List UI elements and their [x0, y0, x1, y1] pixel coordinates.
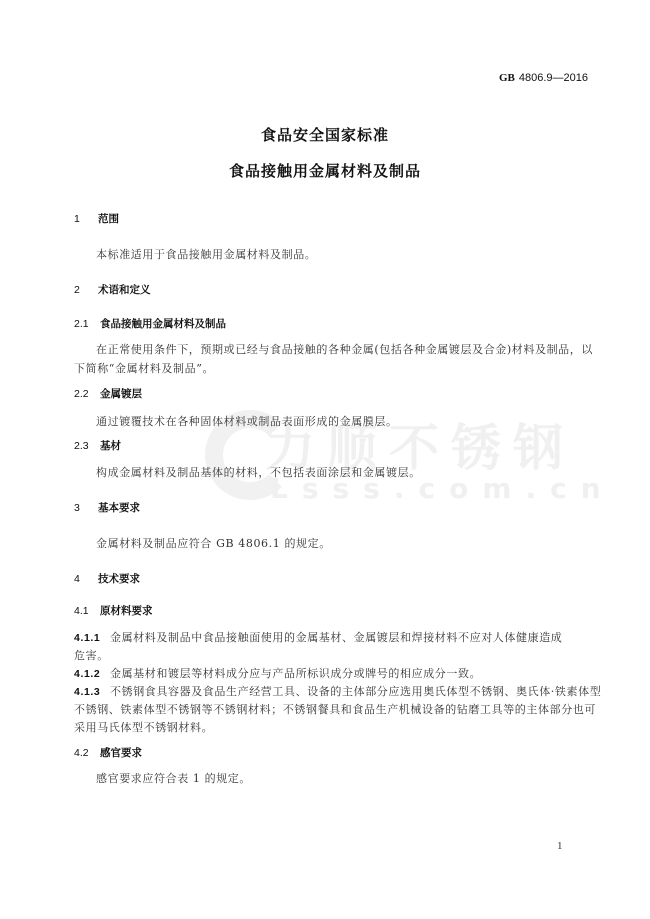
section-2-3-body: 构成金属材料及制品基体的材料，不包括表面涂层和金属镀层。	[96, 464, 421, 480]
standard-prefix: GB	[499, 72, 515, 84]
clause-4-1-3-line1: 4.1.3不锈钢食具容器及食品生产经营工具、设备的主体部分应选用奥氏体型不锈钢、…	[74, 683, 601, 699]
section-2-2-body: 通过镀覆技术在各种固体材料或制品表面形成的金属膜层。	[96, 413, 398, 429]
section-3-heading: 3基本要求	[74, 500, 140, 515]
document-title-main: 食品安全国家标准	[0, 124, 650, 145]
clause-4-1-1-line1: 4.1.1金属材料及制品中食品接触面使用的金属基材、金属镀层和焊接材料不应对人体…	[74, 629, 562, 645]
clause-4-1-3-line3: 采用马氏体型不锈钢材料。	[74, 719, 213, 735]
section-2-1-body-line2: 下简称“金属材料及制品”。	[74, 360, 214, 376]
section-2-heading: 2术语和定义	[74, 282, 151, 297]
section-4-2-body: 感官要求应符合表 1 的规定。	[96, 770, 251, 786]
document-title-sub: 食品接触用金属材料及制品	[0, 160, 650, 181]
clause-4-1-3-line2: 不锈钢、铁素体型不锈钢等不锈钢材料；不锈钢餐具和食品生产机械设备的钻磨工具等的主…	[74, 701, 596, 717]
section-4-heading: 4技术要求	[74, 571, 140, 586]
section-2-2-heading: 2.2金属镀层	[74, 386, 142, 401]
page-number: 1	[557, 840, 563, 852]
section-2-1-heading: 2.1食品接触用金属材料及制品	[74, 316, 226, 331]
clause-4-1-2: 4.1.2金属基材和镀层等材料成分应与产品所标识成分或牌号的相应成分一致。	[74, 665, 481, 681]
section-1-heading: 1范围	[74, 211, 119, 226]
section-2-1-body-line1: 在正常使用条件下，预期或已经与食品接触的各种金属(包括各种金属镀层及合金)材料及…	[96, 341, 593, 357]
section-1-body: 本标准适用于食品接触用金属材料及制品。	[96, 246, 316, 262]
section-3-body: 金属材料及制品应符合 GB 4806.1 的规定。	[96, 535, 331, 551]
section-4-1-heading: 4.1原材料要求	[74, 603, 153, 618]
section-2-3-heading: 2.3基材	[74, 438, 121, 453]
clause-4-1-1-line2: 危害。	[74, 647, 109, 663]
standard-number: 4806.9—2016	[519, 72, 588, 84]
standard-code: GB4806.9—2016	[499, 72, 588, 84]
section-4-2-heading: 4.2感官要求	[74, 745, 142, 760]
